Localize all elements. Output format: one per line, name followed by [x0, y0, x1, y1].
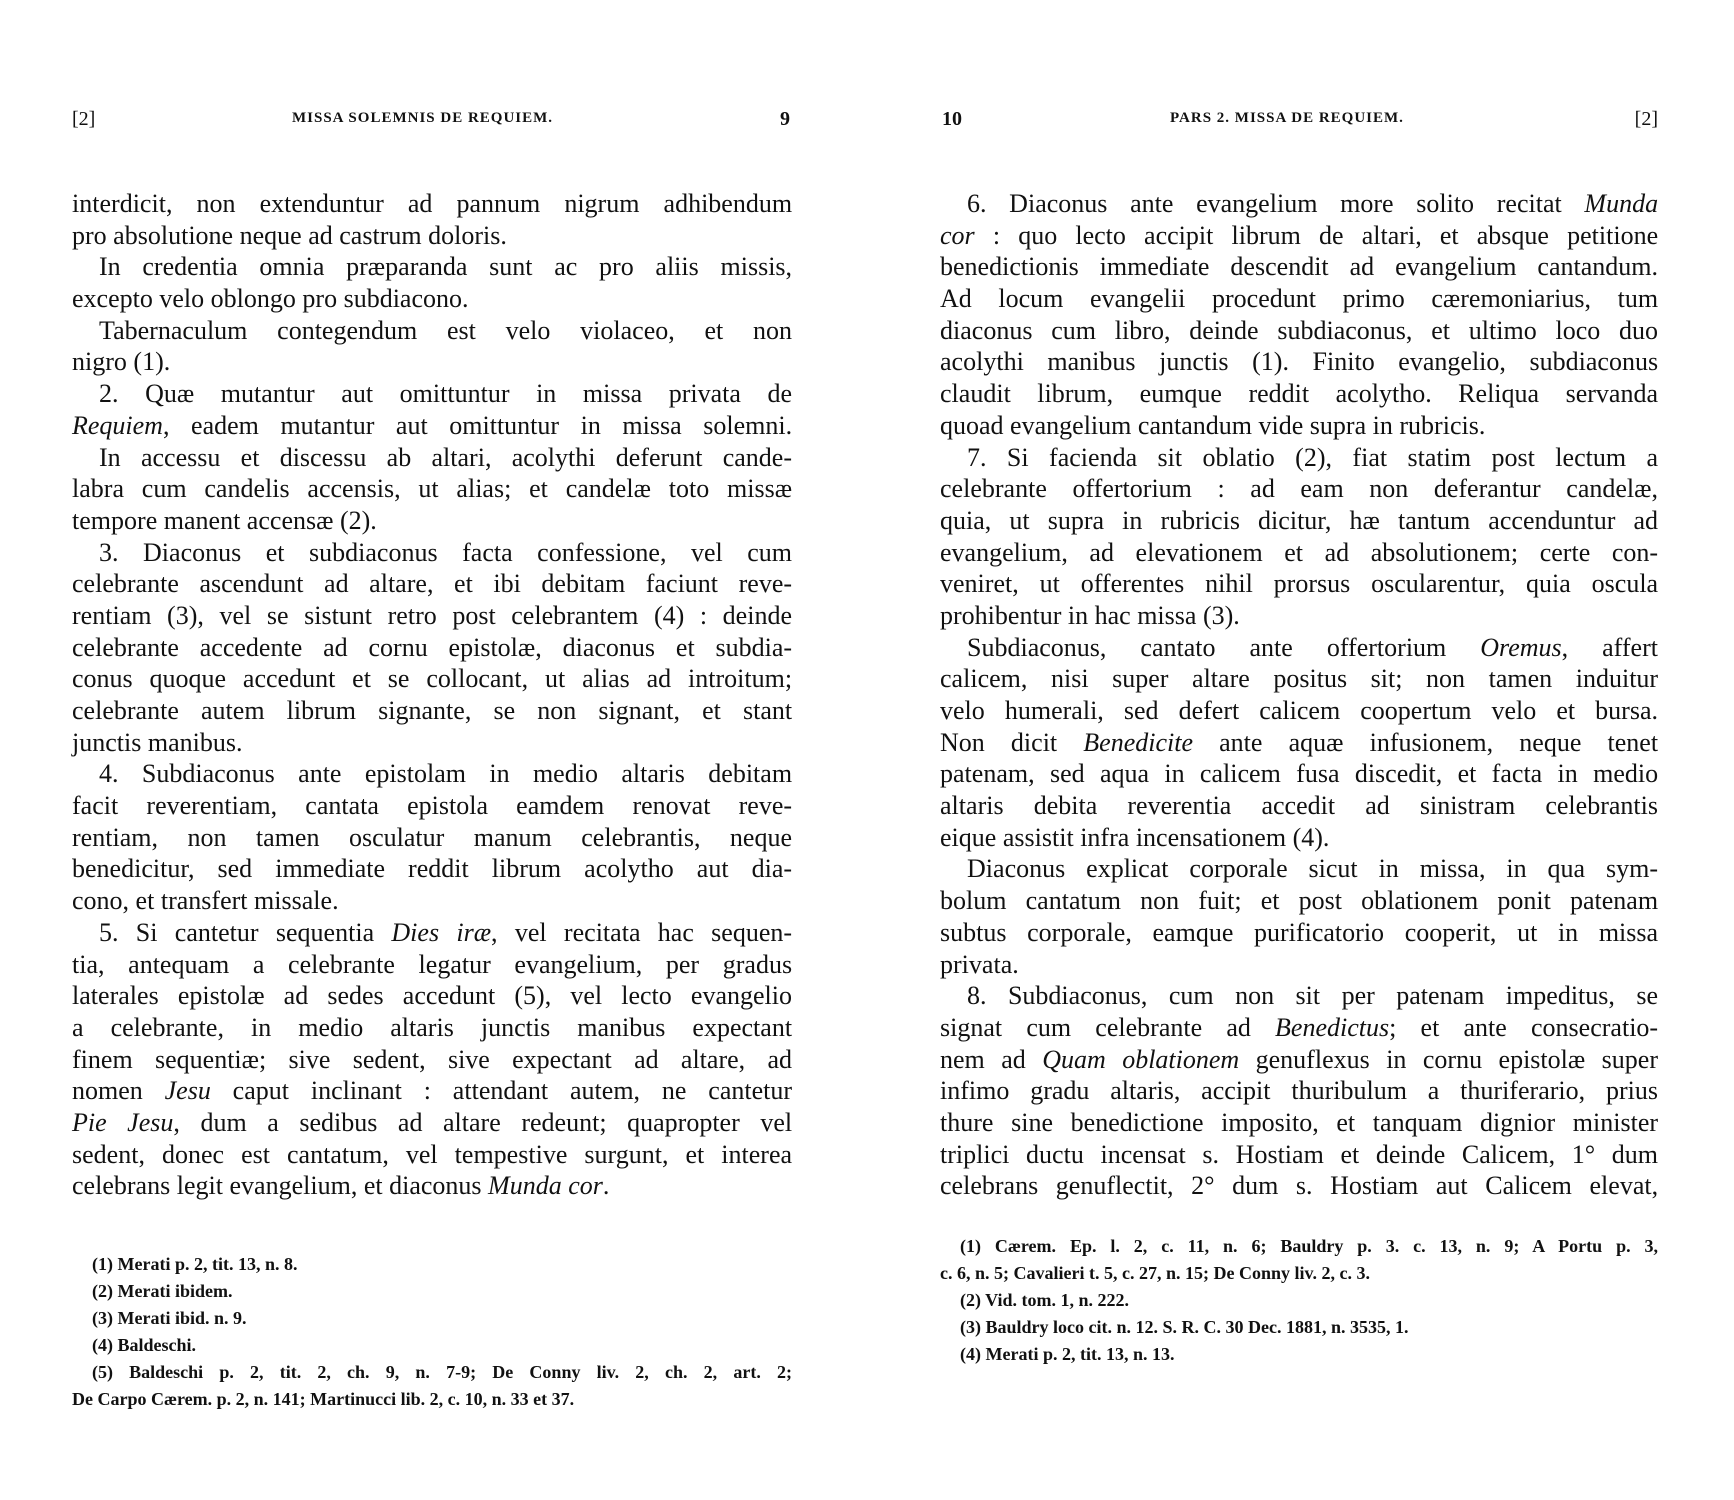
text-line: Non dicit Benedicite ante aquæ infusione… [940, 727, 1658, 759]
footnote: (4) Baldeschi. [72, 1332, 792, 1359]
text-line: Ad locum evangelii procedunt primo cærem… [940, 283, 1658, 315]
italic-phrase: Oremus [1480, 633, 1561, 662]
text-line: excepto velo oblongo pro subdiacono. [72, 283, 792, 315]
italic-phrase: Benedicite [1083, 728, 1193, 757]
footnotes: (1) Cærem. Ep. l. 2, c. 11, n. 6; Bauldr… [940, 1233, 1658, 1368]
italic-phrase: Jesu [165, 1076, 211, 1105]
text-line: nigro (1). [72, 346, 792, 378]
text-line: eique assistit infra incensationem (4). [940, 822, 1658, 854]
running-title: MISSA SOLEMNIS DE REQUIEM. [292, 110, 553, 127]
footnote: (3) Merati ibid. n. 9. [72, 1305, 792, 1332]
italic-phrase: Quam oblationem [1042, 1045, 1239, 1074]
text-line: interdicit, non extenduntur ad pannum ni… [72, 188, 792, 220]
text-line: cono, et transfert missale. [72, 885, 792, 917]
text-line: finem sequentiæ; sive sedent, sive expec… [72, 1044, 792, 1076]
text-line: celebrante ascendunt ad altare, et ibi d… [72, 568, 792, 600]
text-line: acolythi manibus junctis (1). Finito eva… [940, 346, 1658, 378]
running-head: 10 PARS 2. MISSA DE REQUIEM. [2] [940, 108, 1658, 132]
right-page: 10 PARS 2. MISSA DE REQUIEM. [2] 6. Diac… [940, 0, 1658, 1500]
italic-phrase: Requiem [72, 411, 163, 440]
italic-phrase: Munda [1584, 189, 1658, 218]
text-line: 3. Diaconus et subdiaconus facta confess… [72, 537, 792, 569]
text-line: claudit librum, eumque reddit acolytho. … [940, 378, 1658, 410]
footnote: (2) Vid. tom. 1, n. 222. [940, 1287, 1658, 1314]
text-line: nem ad Quam oblationem genuflexus in cor… [940, 1044, 1658, 1076]
text-line: a celebrante, in medio altaris junctis m… [72, 1012, 792, 1044]
text-line: veniret, ut offerentes nihil prorsus osc… [940, 568, 1658, 600]
footnote: (1) Merati p. 2, tit. 13, n. 8. [72, 1251, 792, 1278]
text-line: conus quoque accedunt et se collocant, u… [72, 663, 792, 695]
text-line: 6. Diaconus ante evangelium more solito … [940, 188, 1658, 220]
text-line: tempore manent accensæ (2). [72, 505, 792, 537]
footnote: (4) Merati p. 2, tit. 13, n. 13. [940, 1341, 1658, 1368]
running-title: PARS 2. MISSA DE REQUIEM. [1170, 110, 1404, 127]
text-line: Subdiaconus, cantato ante offertorium Or… [940, 632, 1658, 664]
text-line: bolum cantatum non fuit; et post oblatio… [940, 885, 1658, 917]
left-page: [2] MISSA SOLEMNIS DE REQUIEM. 9 interdi… [72, 0, 792, 1500]
text-line: In accessu et discessu ab altari, acolyt… [72, 442, 792, 474]
text-line: labra cum candelis accensis, ut alias; e… [72, 473, 792, 505]
text-line: junctis manibus. [72, 727, 792, 759]
text-line: triplici ductu incensat s. Hostiam et de… [940, 1139, 1658, 1171]
text-line: celebrans legit evangelium, et diaconus … [72, 1170, 792, 1202]
text-line: calicem, nisi super altare positus sit; … [940, 663, 1658, 695]
italic-phrase: Dies iræ [391, 918, 491, 947]
text-line: In credentia omnia præparanda sunt ac pr… [72, 251, 792, 283]
text-line: benedictionis immediate descendit ad eva… [940, 251, 1658, 283]
text-line: altaris debita reverentia accedit ad sin… [940, 790, 1658, 822]
section-number: [2] [1635, 108, 1658, 131]
text-line: 7. Si facienda sit oblatio (2), fiat sta… [940, 442, 1658, 474]
text-line: evangelium, ad elevationem et ad absolut… [940, 537, 1658, 569]
body-text: 6. Diaconus ante evangelium more solito … [940, 188, 1658, 1202]
text-line: diaconus cum libro, deinde subdiaconus, … [940, 315, 1658, 347]
footnote: (3) Bauldry loco cit. n. 12. S. R. C. 30… [940, 1314, 1658, 1341]
text-line: Diaconus explicat corporale sicut in mis… [940, 853, 1658, 885]
italic-phrase: cor [940, 221, 975, 250]
section-number: [2] [72, 108, 95, 131]
text-line: nomen Jesu caput inclinant : attendant a… [72, 1075, 792, 1107]
text-line: 8. Subdiaconus, cum non sit per patenam … [940, 980, 1658, 1012]
text-line: Pie Jesu, dum a sedibus ad altare redeun… [72, 1107, 792, 1139]
text-line: sedent, donec est cantatum, vel tempesti… [72, 1139, 792, 1171]
text-line: quoad evangelium cantandum vide supra in… [940, 410, 1658, 442]
text-line: 5. Si cantetur sequentia Dies iræ, vel r… [72, 917, 792, 949]
text-line: cor : quo lecto accipit librum de altari… [940, 220, 1658, 252]
italic-phrase: Munda cor [488, 1171, 603, 1200]
text-line: facit reverentiam, cantata epistola eamd… [72, 790, 792, 822]
page-number: 9 [780, 108, 790, 131]
italic-phrase: Pie Jesu [72, 1108, 173, 1137]
text-line: 4. Subdiaconus ante epistolam in medio a… [72, 758, 792, 790]
body-text: interdicit, non extenduntur ad pannum ni… [72, 188, 792, 1202]
text-line: Tabernaculum contegendum est velo violac… [72, 315, 792, 347]
text-line: celebrante accedente ad cornu epistolæ, … [72, 632, 792, 664]
text-line: Requiem, eadem mutantur aut omittuntur i… [72, 410, 792, 442]
footnote: (2) Merati ibidem. [72, 1278, 792, 1305]
text-line: celebrante offertorium : ad eam non defe… [940, 473, 1658, 505]
text-line: privata. [940, 949, 1658, 981]
text-line: tia, antequam a celebrante legatur evang… [72, 949, 792, 981]
text-line: quia, ut supra in rubricis dicitur, hæ t… [940, 505, 1658, 537]
running-head: [2] MISSA SOLEMNIS DE REQUIEM. 9 [72, 108, 792, 132]
text-line: benedicitur, sed immediate reddit librum… [72, 853, 792, 885]
text-line: pro absolutione neque ad castrum doloris… [72, 220, 792, 252]
text-line: velo humerali, sed defert calicem cooper… [940, 695, 1658, 727]
footnote: De Carpo Cærem. p. 2, n. 141; Martinucci… [72, 1386, 792, 1413]
text-line: laterales epistolæ ad sedes accedunt (5)… [72, 980, 792, 1012]
text-line: 2. Quæ mutantur aut omittuntur in missa … [72, 378, 792, 410]
footnote: c. 6, n. 5; Cavalieri t. 5, c. 27, n. 15… [940, 1260, 1658, 1287]
text-line: rentiam (3), vel se sistunt retro post c… [72, 600, 792, 632]
text-line: prohibentur in hac missa (3). [940, 600, 1658, 632]
page-number: 10 [942, 108, 962, 131]
text-line: celebrante autem librum signante, se non… [72, 695, 792, 727]
text-line: patenam, sed aqua in calicem fusa disced… [940, 758, 1658, 790]
text-line: subtus corporale, eamque purificatorio c… [940, 917, 1658, 949]
footnote: (5) Baldeschi p. 2, tit. 2, ch. 9, n. 7-… [72, 1359, 792, 1386]
text-line: thure sine benedictione imposito, et tan… [940, 1107, 1658, 1139]
footnote: (1) Cærem. Ep. l. 2, c. 11, n. 6; Bauldr… [940, 1233, 1658, 1260]
text-line: infimo gradu altaris, accipit thuribulum… [940, 1075, 1658, 1107]
italic-phrase: Benedictus [1275, 1013, 1389, 1042]
text-line: rentiam, non tamen osculatur manum celeb… [72, 822, 792, 854]
text-line: signat cum celebrante ad Benedictus; et … [940, 1012, 1658, 1044]
text-line: celebrans genuflectit, 2° dum s. Hostiam… [940, 1170, 1658, 1202]
footnotes: (1) Merati p. 2, tit. 13, n. 8.(2) Merat… [72, 1251, 792, 1413]
